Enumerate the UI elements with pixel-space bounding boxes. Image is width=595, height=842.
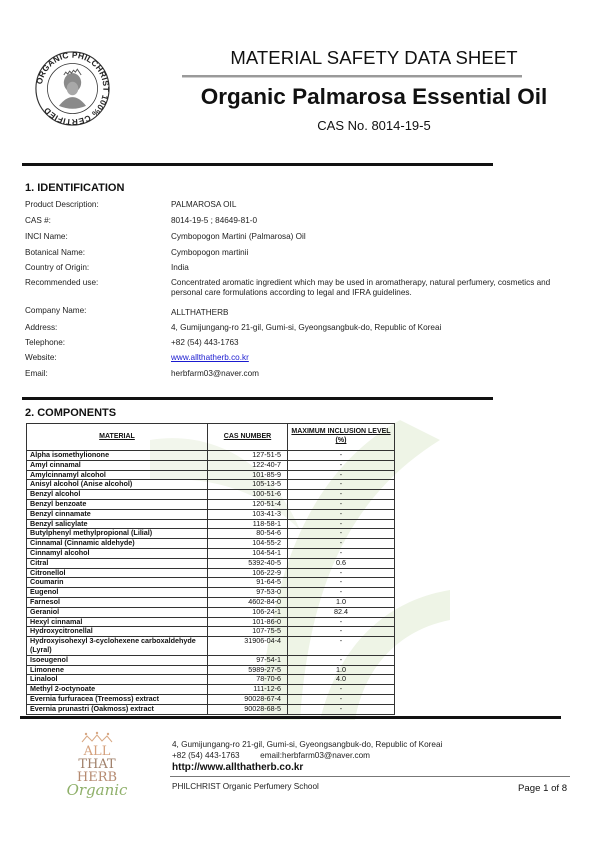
material-cell: Evernia prunastri (Oakmoss) extract — [27, 704, 208, 714]
telephone-value: +82 (54) 443-1763 — [171, 338, 571, 348]
cas-number-cell: 120-51-4 — [208, 499, 288, 509]
cas-number-cell: 4602-84-0 — [208, 597, 288, 607]
section-divider — [22, 163, 493, 166]
recommended-use-label: Recommended use: — [25, 278, 98, 288]
table-row: Eugenol97-53-0- — [27, 588, 395, 598]
email-label: Email: — [25, 369, 48, 379]
table-row: Geraniol106-24-182.4 — [27, 607, 395, 617]
table-row: Cinnamyl alcohol104-54-1- — [27, 548, 395, 558]
website-label: Website: — [25, 353, 57, 363]
cas-number-cell: 97-54-1 — [208, 655, 288, 665]
inclusion-level-cell: 1.0 — [288, 597, 395, 607]
footer-school-name: PHILCHRIST Organic Perfumery School — [172, 782, 319, 791]
website-value-wrap: www.allthatherb.co.kr — [171, 353, 249, 363]
footer-divider — [20, 716, 561, 719]
website-link[interactable]: www.allthatherb.co.kr — [171, 353, 249, 362]
material-cell: Hydroxyisohexyl 3-cyclohexene carboxalde… — [27, 637, 208, 656]
cas-number-cell: 97-53-0 — [208, 588, 288, 598]
inclusion-level-cell: - — [288, 548, 395, 558]
material-cell: Farnesol — [27, 597, 208, 607]
company-name-label: Company Name: — [25, 306, 86, 316]
material-cell: Benzyl alcohol — [27, 490, 208, 500]
cas-number-cell: 122-40-7 — [208, 460, 288, 470]
footer-phone-email: +82 (54) 443-1763 email:herbfarm03@naver… — [172, 750, 442, 761]
footer-rule — [170, 776, 570, 777]
inci-name-label: INCI Name: — [25, 232, 68, 242]
material-cell: Methyl 2-octynoate — [27, 685, 208, 695]
cas-number-cell: 111-12-6 — [208, 685, 288, 695]
inclusion-level-cell: - — [288, 588, 395, 598]
page-number: Page 1 of 8 — [518, 783, 567, 794]
cas-label: CAS #: — [25, 216, 51, 226]
table-header-row: MATERIAL CAS NUMBER MAXIMUM INCLUSION LE… — [27, 424, 395, 451]
column-header-material: MATERIAL — [27, 424, 208, 451]
company-name-value: ALLTHATHERB — [171, 308, 571, 318]
telephone-label: Telephone: — [25, 338, 65, 348]
cas-number-cell: 106-24-1 — [208, 607, 288, 617]
title-divider — [182, 75, 522, 78]
address-value: 4, Gumijungang-ro 21-gil, Gumi-si, Gyeon… — [171, 323, 571, 333]
inci-name-value: Cymbopogon Martini (Palmarosa) Oil — [171, 232, 571, 242]
inclusion-level-cell: - — [288, 694, 395, 704]
table-row: Amyl cinnamal122-40-7- — [27, 460, 395, 470]
footer-address: 4, Gumijungang-ro 21-gil, Gumi-si, Gyeon… — [172, 739, 442, 750]
table-row: Isoeugenol97-54-1- — [27, 655, 395, 665]
document-type-heading: MATERIAL SAFETY DATA SHEET — [165, 47, 583, 69]
cas-number-cell: 127-51-5 — [208, 451, 288, 461]
table-row: Benzyl benzoate120-51-4- — [27, 499, 395, 509]
cas-number-cell: 31906-04-4 — [208, 637, 288, 656]
table-row: Methyl 2-octynoate111-12-6- — [27, 685, 395, 695]
allthatherb-organic-logo: ALL THAT HERB Organic — [58, 730, 136, 800]
cas-value: 8014-19-5 ; 84649-81-0 — [171, 216, 571, 226]
cas-number-heading: CAS No. 8014-19-5 — [165, 118, 583, 133]
crown-dots-icon — [82, 732, 112, 742]
components-table: MATERIAL CAS NUMBER MAXIMUM INCLUSION LE… — [26, 423, 395, 715]
table-row: Evernia furfuracea (Treemoss) extract900… — [27, 694, 395, 704]
email-value: herbfarm03@naver.com — [171, 369, 571, 379]
section-title-identification: 1. IDENTIFICATION — [25, 182, 124, 194]
inclusion-level-cell: - — [288, 685, 395, 695]
table-row: Benzyl cinnamate103-41-3- — [27, 509, 395, 519]
table-row: Benzyl alcohol100-51-6- — [27, 490, 395, 500]
inclusion-level-cell: 0.6 — [288, 558, 395, 568]
table-row: Farnesol4602-84-01.0 — [27, 597, 395, 607]
table-row: Hydroxyisohexyl 3-cyclohexene carboxalde… — [27, 637, 395, 656]
material-cell: Cinnamal (Cinnamic aldehyde) — [27, 539, 208, 549]
cas-number-cell: 104-55-2 — [208, 539, 288, 549]
inclusion-level-cell: - — [288, 451, 395, 461]
footer-website-link[interactable]: http://www.allthatherb.co.kr — [172, 762, 303, 773]
footer-email: email:herbfarm03@naver.com — [260, 751, 370, 760]
recommended-use-value: Concentrated aromatic ingredient which m… — [171, 278, 576, 298]
inclusion-level-cell: - — [288, 490, 395, 500]
botanical-name-value: Cymbopogon martinii — [171, 248, 571, 258]
cas-number-cell: 90028-68-5 — [208, 704, 288, 714]
material-cell: Isoeugenol — [27, 655, 208, 665]
inclusion-level-cell: - — [288, 704, 395, 714]
column-header-cas-number: CAS NUMBER — [208, 424, 288, 451]
organic-certified-seal-logo: ORGANIC PHILCHRIST 100% CERTIFIED — [34, 50, 111, 127]
country-of-origin-value: India — [171, 263, 571, 273]
product-title: Organic Palmarosa Essential Oil — [165, 84, 583, 110]
botanical-name-label: Botanical Name: — [25, 248, 85, 258]
column-header-max-inclusion: MAXIMUM INCLUSION LEVEL (%) — [288, 424, 395, 451]
material-cell: Alpha isomethylionone — [27, 451, 208, 461]
material-cell: Evernia furfuracea (Treemoss) extract — [27, 694, 208, 704]
material-cell: Cinnamyl alcohol — [27, 548, 208, 558]
table-row: Evernia prunastri (Oakmoss) extract90028… — [27, 704, 395, 714]
table-row: Cinnamal (Cinnamic aldehyde)104-55-2- — [27, 539, 395, 549]
table-row: Alpha isomethylionone127-51-5- — [27, 451, 395, 461]
footer-contact: 4, Gumijungang-ro 21-gil, Gumi-si, Gyeon… — [172, 739, 442, 761]
material-cell: Benzyl benzoate — [27, 499, 208, 509]
country-of-origin-label: Country of Origin: — [25, 263, 89, 273]
inclusion-level-cell: - — [288, 637, 395, 656]
cas-number-cell: 90028-67-4 — [208, 694, 288, 704]
product-description-label: Product Description: — [25, 200, 99, 210]
footer-phone: +82 (54) 443-1763 — [172, 751, 240, 760]
inclusion-level-cell: - — [288, 499, 395, 509]
svg-text:Organic: Organic — [67, 781, 128, 799]
section-title-components: 2. COMPONENTS — [25, 407, 116, 419]
inclusion-level-cell: - — [288, 509, 395, 519]
table-row: Citral5392-40-50.6 — [27, 558, 395, 568]
material-cell: Eugenol — [27, 588, 208, 598]
product-description-value: PALMAROSA OIL — [171, 200, 571, 210]
inclusion-level-cell: 82.4 — [288, 607, 395, 617]
inclusion-level-cell: - — [288, 655, 395, 665]
material-cell: Geraniol — [27, 607, 208, 617]
material-cell: Amyl cinnamal — [27, 460, 208, 470]
cas-number-cell: 5392-40-5 — [208, 558, 288, 568]
cas-number-cell: 103-41-3 — [208, 509, 288, 519]
cas-number-cell: 104-54-1 — [208, 548, 288, 558]
address-label: Address: — [25, 323, 57, 333]
cas-number-cell: 100-51-6 — [208, 490, 288, 500]
material-cell: Benzyl cinnamate — [27, 509, 208, 519]
inclusion-level-cell: - — [288, 539, 395, 549]
material-cell: Citral — [27, 558, 208, 568]
components-table-body: Alpha isomethylionone127-51-5-Amyl cinna… — [27, 451, 395, 715]
section-divider — [22, 397, 493, 400]
inclusion-level-cell: - — [288, 460, 395, 470]
